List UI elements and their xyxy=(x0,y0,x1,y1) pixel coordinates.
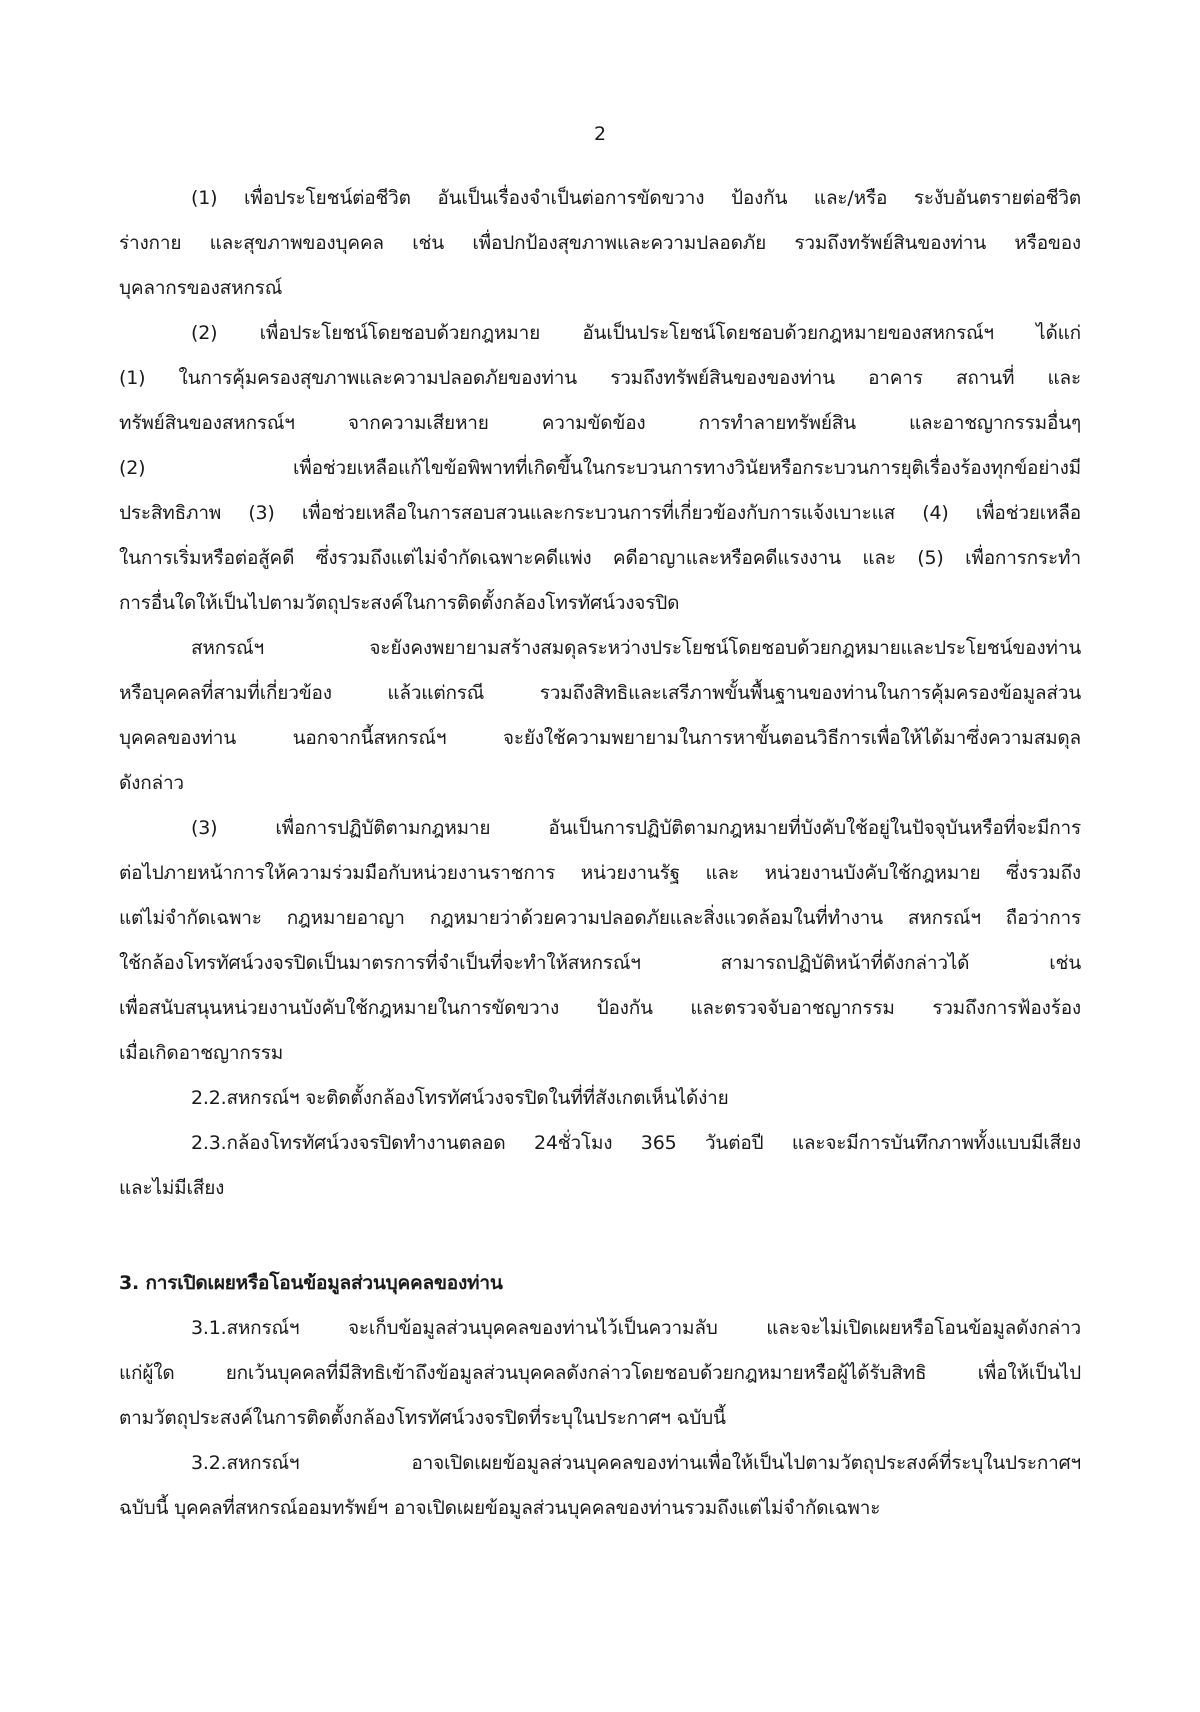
text-line: ประสิทธิภาพ (3) เพื่อช่วยเหลือในการสอบสว… xyxy=(119,491,1081,536)
text-line: 3.2.สหกรณ์ฯ อาจเปิดเผยข้อมูลส่วนบุคคลของ… xyxy=(119,1441,1081,1486)
text-line: ตามวัตถุประสงค์ในการติดตั้งกล้องโทรทัศน์… xyxy=(119,1396,1081,1441)
text-line: แต่ไม่จำกัดเฉพาะ กฎหมายอาญา กฎหมายว่าด้ว… xyxy=(119,896,1081,941)
text-line: (2) เพื่อช่วยเหลือแก้ไขข้อพิพาทที่เกิดขึ… xyxy=(119,446,1081,491)
paragraph-legitimate-interest: (2) เพื่อประโยชน์โดยชอบด้วยกฎหมาย อันเป็… xyxy=(119,311,1081,626)
paragraph-balance-interest: สหกรณ์ฯ จะยังคงพยายามสร้างสมดุลระหว่างปร… xyxy=(119,626,1081,806)
text-line: ร่างกาย และสุขภาพของบุคคล เช่น เพื่อปกป้… xyxy=(119,221,1081,266)
page-number: 2 xyxy=(0,122,1200,146)
section-3-heading: 3. การเปิดเผยหรือโอนข้อมูลส่วนบุคคลของท่… xyxy=(119,1261,1081,1306)
item-3-1: 3.1.สหกรณ์ฯ จะเก็บข้อมูลส่วนบุคคลของท่าน… xyxy=(119,1306,1081,1441)
text-line: (1) ในการคุ้มครองสุขภาพและความปลอดภัยของ… xyxy=(119,356,1081,401)
text-line: หรือบุคคลที่สามที่เกี่ยวข้อง แล้วแต่กรณี… xyxy=(119,671,1081,716)
document-body: (1) เพื่อประโยชน์ต่อชีวิต อันเป็นเรื่องจ… xyxy=(119,176,1081,1531)
text-line: บุคลากรของสหกรณ์ xyxy=(119,266,1081,311)
text-line: ในการเริ่มหรือต่อสู้คดี ซึ่งรวมถึงแต่ไม่… xyxy=(119,536,1081,581)
item-3-2: 3.2.สหกรณ์ฯ อาจเปิดเผยข้อมูลส่วนบุคคลของ… xyxy=(119,1441,1081,1531)
text-line: ทรัพย์สินของสหกรณ์ฯ จากความเสียหาย ความข… xyxy=(119,401,1081,446)
text-line: บุคคลของท่าน นอกจากนี้สหกรณ์ฯ จะยังใช้คว… xyxy=(119,716,1081,761)
text-line: และไม่มีเสียง xyxy=(119,1166,1081,1211)
text-line: สหกรณ์ฯ จะยังคงพยายามสร้างสมดุลระหว่างปร… xyxy=(119,626,1081,671)
text-line: ดังกล่าว xyxy=(119,761,1081,806)
text-line: (2) เพื่อประโยชน์โดยชอบด้วยกฎหมาย อันเป็… xyxy=(119,311,1081,356)
text-line: เพื่อสนับสนุนหน่วยงานบังคับใช้กฎหมายในกา… xyxy=(119,986,1081,1031)
paragraph-vital-interest: (1) เพื่อประโยชน์ต่อชีวิต อันเป็นเรื่องจ… xyxy=(119,176,1081,311)
text-line: ใช้กล้องโทรทัศน์วงจรปิดเป็นมาตรการที่จำเ… xyxy=(119,941,1081,986)
text-line: เมื่อเกิดอาชญากรรม xyxy=(119,1031,1081,1076)
text-line: 3.1.สหกรณ์ฯ จะเก็บข้อมูลส่วนบุคคลของท่าน… xyxy=(119,1306,1081,1351)
text-line: แก่ผู้ใด ยกเว้นบุคคลที่มีสิทธิเข้าถึงข้อ… xyxy=(119,1351,1081,1396)
text-line: การอื่นใดให้เป็นไปตามวัตถุประสงค์ในการติ… xyxy=(119,581,1081,626)
text-line: 2.3.กล้องโทรทัศน์วงจรปิดทำงานตลอด 24ชั่ว… xyxy=(119,1121,1081,1166)
paragraph-legal-obligation: (3) เพื่อการปฏิบัติตามกฎหมาย อันเป็นการป… xyxy=(119,806,1081,1076)
item-2-2: 2.2.สหกรณ์ฯ จะติดตั้งกล้องโทรทัศน์วงจรปิ… xyxy=(119,1076,1081,1121)
text-line: ต่อไปภายหน้าการให้ความร่วมมือกับหน่วยงาน… xyxy=(119,851,1081,896)
document-page: 2 (1) เพื่อประโยชน์ต่อชีวิต อันเป็นเรื่อ… xyxy=(0,0,1200,1712)
item-2-3: 2.3.กล้องโทรทัศน์วงจรปิดทำงานตลอด 24ชั่ว… xyxy=(119,1121,1081,1211)
section-spacer xyxy=(119,1211,1081,1261)
text-line: (1) เพื่อประโยชน์ต่อชีวิต อันเป็นเรื่องจ… xyxy=(119,176,1081,221)
text-line: (3) เพื่อการปฏิบัติตามกฎหมาย อันเป็นการป… xyxy=(119,806,1081,851)
text-line: ฉบับนี้ บุคคลที่สหกรณ์ออมทรัพย์ฯ อาจเปิด… xyxy=(119,1486,1081,1531)
text-line: 2.2.สหกรณ์ฯ จะติดตั้งกล้องโทรทัศน์วงจรปิ… xyxy=(119,1076,1081,1121)
